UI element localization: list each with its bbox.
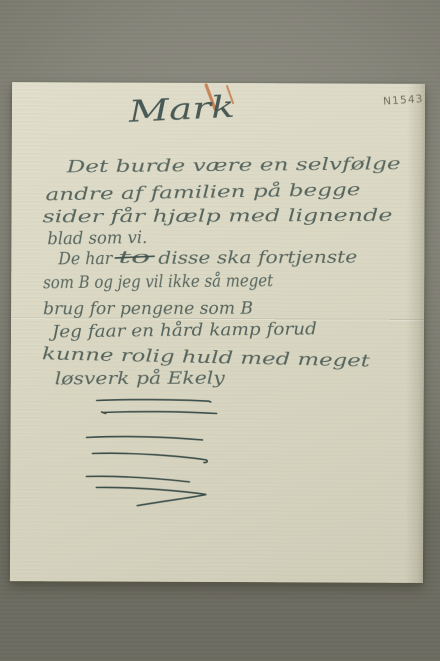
- note-paper: N1543 Mark Det burde være en selvfølge a…: [10, 82, 425, 583]
- pen-stroke: [87, 436, 203, 440]
- pen-stroke: [92, 453, 207, 462]
- pen-stroke: [102, 411, 217, 414]
- note-title: Mark: [127, 90, 236, 130]
- handwritten-line-1: Det burde være en selvfølge: [65, 154, 401, 177]
- handwritten-line-4: blad som vi.: [47, 228, 147, 249]
- handwritten-line-2: andre af familien på begge: [45, 180, 360, 205]
- handwritten-line-3: sider får hjælp med lignende: [42, 206, 392, 228]
- pen-stroke: [97, 399, 211, 402]
- pen-stroke: [96, 487, 206, 506]
- handwritten-body: Det burde være en selvfølge andre af fam…: [42, 153, 401, 391]
- line-5-post: disse ska fortjenste: [158, 247, 357, 268]
- pen-stroke: [86, 476, 189, 482]
- photo-backdrop: N1543 Mark Det burde være en selvfølge a…: [0, 0, 440, 661]
- line-5-pre: De har: [57, 249, 113, 269]
- handwriting-layer: N1543 Mark Det burde være en selvfølge a…: [10, 82, 425, 583]
- handwritten-line-10: løsverk på Ekely: [55, 369, 226, 390]
- catalog-number: N1543: [383, 93, 424, 108]
- handwritten-line-9: kunne rolig huld med meget: [42, 344, 371, 371]
- handwritten-line-8: Jeg faar en hård kamp forud: [49, 319, 318, 342]
- pen-strokes: [86, 399, 216, 506]
- handwritten-line-6: som B og jeg vil ikke så meget: [43, 271, 273, 293]
- handwritten-line-7: brug for pengene som B: [43, 299, 253, 320]
- handwritten-line-5: De har to disse ska fortjenste: [57, 246, 357, 269]
